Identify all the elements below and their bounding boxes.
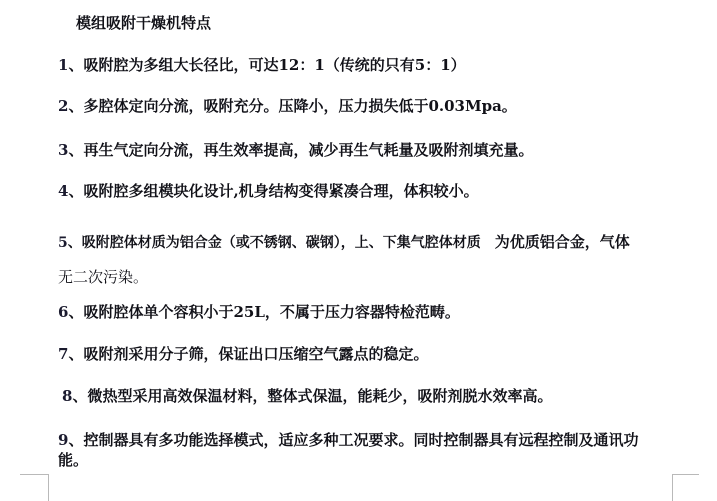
list-item-9-continuation: 能。 — [58, 450, 88, 470]
list-item-1: 1、吸附腔为多组大长径比，可达12：1（传统的只有5：1） — [58, 55, 466, 75]
item-number: 2 — [58, 97, 68, 115]
list-item-5: 5、吸附腔体材质为铝合金（或不锈钢、碳钢），上、下集气腔体材质为优质铝合金，气体 — [58, 232, 630, 253]
list-item-6: 6、吸附腔体单个容积小于25L，不属于压力容器特检范畴。 — [58, 302, 460, 322]
list-item-8: 8、微热型采用高效保温材料，整体式保温，能耗少，吸附剂脱水效率高。 — [62, 386, 552, 406]
item-text: 、微热型采用高效保温材料，整体式保温，能耗少，吸附剂脱水效率高。 — [72, 387, 552, 405]
item-text: 、吸附腔为多组大长径比，可达12：1（传统的只有5：1） — [68, 56, 465, 74]
item-number: 7 — [58, 345, 68, 363]
item-text: 、多腔体定向分流，吸附充分。压降小，压力损失低于0.03Mpa。 — [68, 97, 516, 115]
item-number: 1 — [58, 56, 68, 74]
document-title: 模组吸附干燥机特点 — [76, 13, 211, 33]
list-item-3: 3、再生气定向分流，再生效率提高，减少再生气耗量及吸附剂填充量。 — [58, 140, 533, 160]
item-text: 、再生气定向分流，再生效率提高，减少再生气耗量及吸附剂填充量。 — [68, 141, 533, 159]
list-item-5-continuation: 无二次污染。 — [58, 267, 148, 287]
item-text: 、吸附腔多组模块化设计,机身结构变得紧凑合理，体积较小。 — [68, 182, 478, 200]
list-item-4: 4、吸附腔多组模块化设计,机身结构变得紧凑合理，体积较小。 — [58, 181, 479, 201]
page-corner-mark-right — [672, 474, 699, 501]
item-number: 8 — [62, 387, 72, 405]
item-text-continued: 为优质铝合金，气体 — [495, 233, 630, 251]
list-item-7: 7、吸附剂采用分子筛，保证出口压缩空气露点的稳定。 — [58, 344, 428, 364]
item-number: 9 — [58, 431, 68, 449]
item-number: 5 — [58, 235, 68, 251]
item-text: 、吸附腔体材质为铝合金（或不锈钢、碳钢），上、下集气腔体材质 — [68, 235, 481, 251]
list-item-9: 9、控制器具有多功能选择模式，适应多种工况要求。同时控制器具有远程控制及通讯功 — [58, 430, 638, 450]
item-text: 、吸附剂采用分子筛，保证出口压缩空气露点的稳定。 — [68, 345, 428, 363]
item-text: 、控制器具有多功能选择模式，适应多种工况要求。同时控制器具有远程控制及通讯功 — [68, 431, 638, 449]
list-item-2: 2、多腔体定向分流，吸附充分。压降小，压力损失低于0.03Mpa。 — [58, 96, 517, 116]
item-number: 3 — [58, 141, 68, 159]
item-text: 、吸附腔体单个容积小于25L，不属于压力容器特检范畴。 — [68, 303, 459, 321]
page-corner-mark-left — [20, 474, 49, 501]
item-number: 4 — [58, 182, 68, 200]
item-number: 6 — [58, 303, 68, 321]
